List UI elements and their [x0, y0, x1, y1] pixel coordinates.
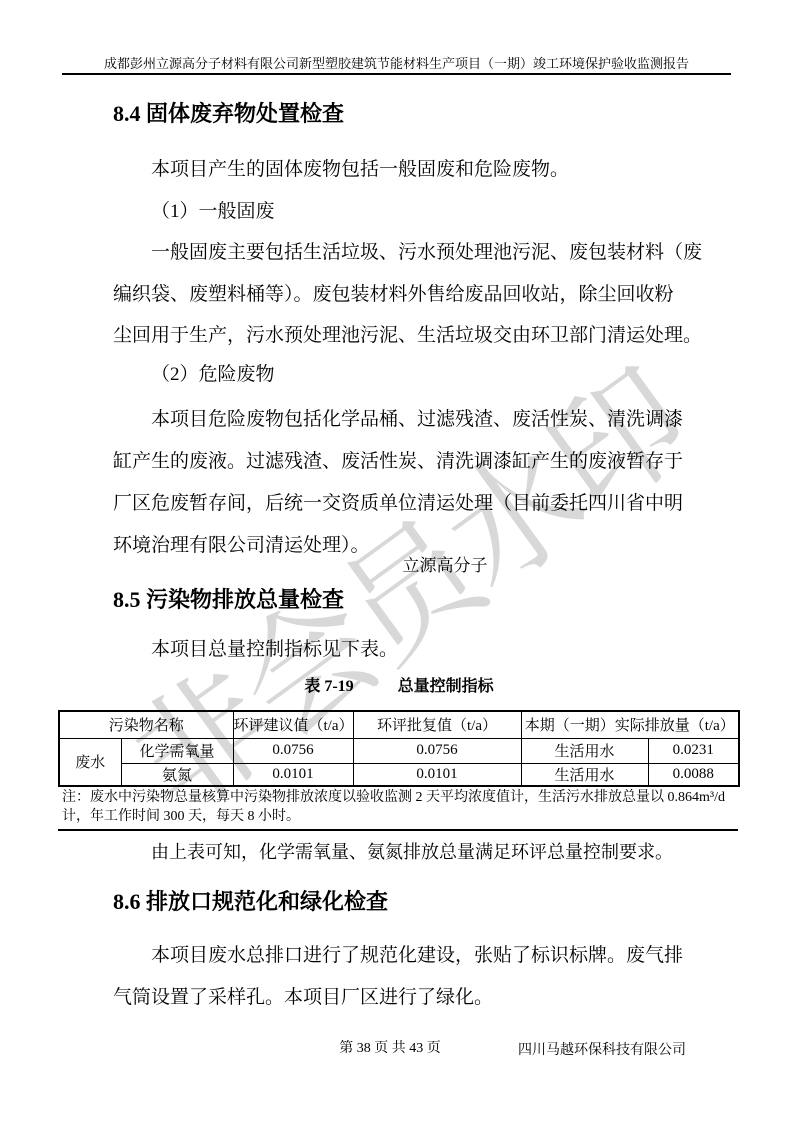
header-title: 成都彭州立源高分子材料有限公司新型塑胶建筑节能材料生产项目（一期）竣工环境保护验…	[104, 56, 689, 71]
paragraph-line: 尘回用于生产，污水预处理池污泥、生活垃圾交由环卫部门清运处理。	[113, 324, 713, 347]
footer-page-number: 第 38 页 共 43 页	[240, 1041, 540, 1057]
inline-company-watermark: 立源高分子	[113, 556, 731, 575]
table-cell-category: 废水	[59, 738, 121, 786]
table-note-line: 计，年工作时间 300 天，每天 8 小时。	[62, 807, 734, 826]
table-cell-pollutant: 化学需氧量	[121, 738, 233, 763]
table-cell-approved: 0.0756	[353, 738, 521, 763]
table-note-line: 注：废水中污染物总量核算中污染物排放浓度以验收监测 2 天平均浓度值计，生活污水…	[62, 788, 734, 807]
table-cell-actual: 0.0088	[648, 763, 739, 786]
paragraph-line: 环境治理有限公司清运处理）。	[113, 534, 713, 557]
section-heading-8-4: 8.4 固体废弃物处置检查	[113, 101, 344, 127]
table-header-eia-suggested: 环评建议值（t/a）	[233, 711, 353, 738]
paragraph-line: 厂区危废暂存间，后统一交资质单位清运处理（目前委托四川省中明	[113, 492, 713, 515]
table-caption-label: 表 7-19	[304, 678, 353, 695]
paragraph-line: 编织袋、废塑料桶等）。废包装材料外售给废品回收站，除尘回收粉	[113, 283, 713, 306]
table-header-actual-emission: 本期（一期）实际排放量（t/a）	[521, 711, 739, 738]
table-header-pollutant: 污染物名称	[59, 711, 233, 738]
footer-company-name: 四川马越环保科技有限公司	[518, 1041, 686, 1057]
paragraph-line: 气筒设置了采样孔。本项目厂区进行了绿化。	[113, 986, 713, 1009]
paragraph-line: 本项目产生的固体废物包括一般固废和危险废物。	[113, 158, 751, 181]
section-heading-8-6: 8.6 排放口规范化和绿化检查	[113, 889, 388, 915]
table-cell-source: 生活用水	[521, 763, 648, 786]
page-content: 成都彭州立源高分子材料有限公司新型塑胶建筑节能材料生产项目（一期）竣工环境保护验…	[0, 0, 793, 1122]
table-cell-actual: 0.0231	[648, 738, 739, 763]
paragraph-line: 由上表可知，化学需氧量、氨氮排放总量满足环评总量控制要求。	[113, 841, 673, 863]
section-heading-8-5: 8.5 污染物排放总量检查	[113, 587, 344, 613]
table-header-row: 污染物名称 环评建议值（t/a） 环评批复值（t/a） 本期（一期）实际排放量（…	[59, 711, 739, 738]
paragraph-line: 本项目危险废物包括化学品桶、过滤残渣、废活性炭、清洗调漆	[113, 408, 751, 431]
table-cell-suggested: 0.0756	[233, 738, 353, 763]
table-cell-suggested: 0.0101	[233, 763, 353, 786]
table-note: 注：废水中污染物总量核算中污染物排放浓度以验收监测 2 天平均浓度值计，生活污水…	[58, 786, 738, 831]
total-control-table: 污染物名称 环评建议值（t/a） 环评批复值（t/a） 本期（一期）实际排放量（…	[58, 710, 740, 787]
table-cell-approved: 0.0101	[353, 763, 521, 786]
table-row: 废水 化学需氧量 0.0756 0.0756 生活用水 0.0231	[59, 738, 739, 763]
paragraph-line: 本项目废水总排口进行了规范化建设，张贴了标识标牌。废气排	[113, 944, 751, 967]
table-cell-source: 生活用水	[521, 738, 648, 763]
page-header: 成都彭州立源高分子材料有限公司新型塑胶建筑节能材料生产项目（一期）竣工环境保护验…	[62, 56, 731, 75]
list-item-general-waste: （1）一般固废	[113, 200, 751, 223]
paragraph-line: 缸产生的废液。过滤残渣、废活性炭、清洗调漆缸产生的废液暂存于	[113, 450, 713, 473]
list-item-hazardous-waste: （2）危险废物	[113, 363, 751, 386]
paragraph-line: 一般固废主要包括生活垃圾、污水预处理池污泥、废包装材料（废	[113, 241, 751, 264]
table-header-eia-approved: 环评批复值（t/a）	[353, 711, 521, 738]
document-page: 非会员水印 成都彭州立源高分子材料有限公司新型塑胶建筑节能材料生产项目（一期）竣…	[0, 0, 793, 1122]
table-row: 氨氮 0.0101 0.0101 生活用水 0.0088	[59, 763, 739, 786]
table-caption: 表 7-19总量控制指标	[113, 677, 685, 697]
table-caption-title: 总量控制指标	[398, 678, 494, 695]
paragraph-line: 本项目总量控制指标见下表。	[113, 638, 751, 661]
table-cell-pollutant: 氨氮	[121, 763, 233, 786]
